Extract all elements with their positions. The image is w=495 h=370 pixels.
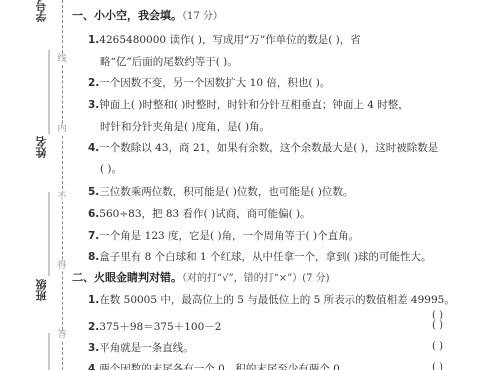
extra-underline [48, 333, 50, 370]
answer-blank-2-3[interactable]: ( ) [432, 341, 443, 352]
question-1-4-cont: ( )。 [100, 162, 122, 176]
section1-heading: 一、小小空，我会填。（17 分） [72, 9, 223, 24]
name-underline [48, 50, 50, 134]
question-1-3-cont: 时针和分针夹角是( )度角，是( )角。 [100, 120, 270, 134]
section2-heading: 二、火眼金睛判对错。（对的打“√”，错的打“×”）(7 分) [72, 271, 330, 286]
cut-char-nei: 内 [56, 124, 68, 134]
question-2-3: 3.平角就是一条直线。 [88, 341, 194, 355]
question-1-2: 2.一个因数不变，另一个因数扩大 10 倍，积也( )。 [88, 76, 330, 90]
class-label: 班级 [36, 276, 50, 304]
question-1-5: 5.三位数乘两位数，积可能是( )位数，也可能是( )位数。 [88, 185, 353, 199]
question-1-4: 4.一个数除以 43，商 21，如果有余数，这个余数最大是( )，这时被除数是 [88, 141, 438, 155]
cut-char-xian: 线 [56, 54, 68, 64]
cut-char-da: 答 [56, 330, 68, 340]
question-2-2: 2.375＋98＝375＋100－2 [88, 320, 221, 334]
section1-score: （17 分） [182, 11, 223, 22]
question-1-3: 3.钟面上( )时整和( )时整时，时针和分针互相垂直；钟面上 4 时整， [88, 98, 409, 112]
binding-margin: 学号 姓名 班级 线 内 不 得 答 [0, 0, 66, 370]
class-underline [48, 192, 50, 276]
cut-char-de: 得 [56, 261, 68, 271]
question-1-6: 6.560÷83，把 83 看作( )试商，商可能偏( )。 [88, 207, 311, 221]
question-1-1-cont: 略“亿”后面的尾数约等于( )。 [100, 55, 238, 69]
question-2-4: 4.两个因数的末尾各有一个 0，积的末尾至少有两个 0。 [88, 362, 350, 370]
question-1-7: 7.一个角是 123 度，它是( )角，一个周角等于( )个直角。 [88, 229, 359, 243]
question-1-8: 8.盒子里有 8 个白球和 1 个红球，从中任拿一个，拿到( )球的可能性大。 [88, 250, 432, 264]
section2-title: 二、火眼金睛判对错。 [72, 271, 182, 284]
answer-blank-2-4[interactable]: ( ) [432, 362, 443, 370]
question-1-1: 1.4265480000 读作( )，写成用“万”作单位的数是( )，省 [88, 33, 361, 47]
student-number-label: 学号 [36, 0, 50, 22]
question-2-1: 1.在数 50005 中，最高位上的 5 与最低位上的 5 所表示的数值相差 4… [88, 293, 455, 307]
section1-title: 一、小小空，我会填。 [72, 9, 182, 22]
cut-char-bu: 不 [56, 192, 68, 202]
section2-note: （对的打“√”，错的打“×”）(7 分) [182, 273, 330, 284]
answer-blank-2-2[interactable]: ( ) [432, 320, 443, 331]
name-label: 姓名 [36, 134, 50, 160]
